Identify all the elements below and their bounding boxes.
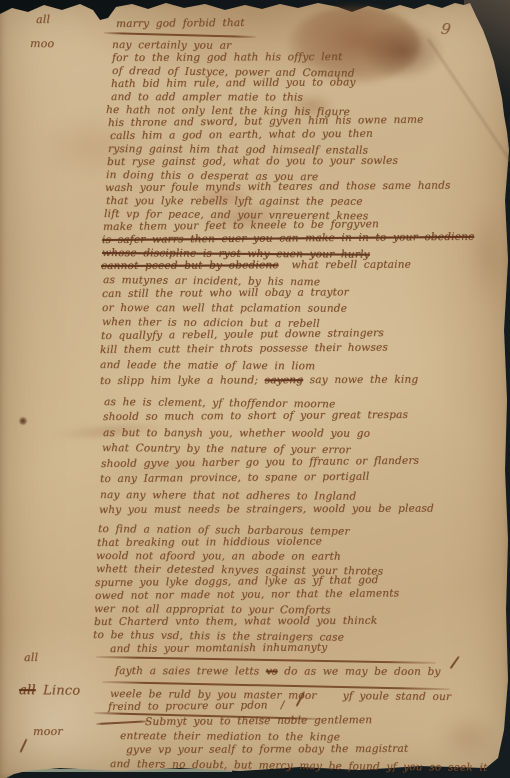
handwritten-text: for to the king god hath his offyc lent <box>112 51 342 64</box>
handwritten-text: to quallyfy a rebell, youle put downe st… <box>101 327 384 342</box>
handwritten-text: and thers no doubt, but mercy may be fou… <box>110 758 488 774</box>
handwritten-text: as he is clement, yf thoffendor moorne <box>104 396 336 410</box>
manuscript-line: entreate their mediation to the kinge <box>120 731 340 743</box>
handwritten-text: fayth a saies trewe letts <box>115 665 266 677</box>
handwritten-text: kill them cutt their throts possesse the… <box>100 341 388 356</box>
handwritten-text: woold not afoord you, an abode on earth <box>96 550 341 563</box>
struck-text: sayeng <box>265 374 304 386</box>
manuscript-line: fayth a saies trewe letts vs do as we ma… <box>115 666 441 677</box>
ink-rule-stroke <box>96 720 148 724</box>
handwritten-text: shoold gyve you harber go you to ffraunc… <box>101 455 419 470</box>
handwritten-text: his throne and sword, but gyven him his … <box>108 114 424 129</box>
manuscript-line: or howe can well that pclamation sounde <box>102 303 347 314</box>
manuscript-line: can still the rout who will obay a trayt… <box>102 287 349 299</box>
handwritten-text: nay any where that not adheres to Inglan… <box>100 489 356 503</box>
handwritten-text: wash your foule mynds with teares and th… <box>105 180 451 194</box>
ink-rule-stroke <box>96 656 436 664</box>
handwritten-text: gyve vp your sealf to forme obay the mag… <box>126 743 408 756</box>
struck-text: all <box>19 683 36 698</box>
manuscript-line: and thers no doubt, but mercy may be fou… <box>110 759 488 773</box>
ink-rule-stroke <box>19 738 27 753</box>
manuscript-line: shoold so much com to short of your grea… <box>103 410 408 423</box>
struck-text: is safer warrs then euer you can make in… <box>102 231 474 246</box>
manuscript-line: gyve vp your sealf to forme obay the mag… <box>126 744 408 756</box>
manuscript-line: wash your foule mynds with teares and th… <box>105 181 451 194</box>
handwritten-text: hath bid him rule, and willd you to obay <box>111 76 356 90</box>
manuscript-line: nay certainly you ar <box>112 40 231 51</box>
handwritten-text: moor <box>33 725 63 738</box>
handwritten-text: why you must needs be straingers, woold … <box>99 503 434 516</box>
handwritten-text: nay certainly you ar <box>112 39 231 52</box>
manuscript-line: but Charterd vnto them, what woold you t… <box>94 616 377 628</box>
handwritten-text: can still the rout who will obay a trayt… <box>102 286 349 300</box>
handwritten-text: make them your feet to kneele to be forg… <box>103 218 379 233</box>
manuscript-line: what Country by the nature of your error <box>102 443 351 456</box>
manuscript-line: and leade the matie of lawe in liom <box>100 360 315 372</box>
manuscript-line: why you must needs be straingers, woold … <box>99 504 434 516</box>
ink-rule-stroke <box>449 655 460 669</box>
manuscript-line: shoold gyve you harber go you to ffraunc… <box>101 456 419 470</box>
handwritten-text: as but to banysh you, whether woold you … <box>103 427 370 440</box>
handwritten-text: but Charterd vnto them, what woold you t… <box>94 615 377 628</box>
handwritten-text: all <box>24 651 38 664</box>
handwritten-text: all <box>36 13 50 26</box>
margin-speech-prefix: all Linco <box>19 684 80 698</box>
ink-rule-stroke <box>104 32 256 38</box>
manuscript-line: make them your feet to kneele to be forg… <box>103 219 379 232</box>
manuscript-line: marry god forbid that <box>116 18 245 30</box>
handwritten-text: calls him a god on earth, what do you th… <box>110 128 373 142</box>
struck-text: vs <box>266 665 278 677</box>
handwritten-text: what rebell captaine <box>278 259 411 272</box>
handwritten-text: freind to procure our pdon / <box>108 699 285 713</box>
handwritten-text: entreate their mediation to the kinge <box>120 730 340 743</box>
handwritten-text: and to add ampler matie to this <box>111 91 303 104</box>
manuscript-line: kill them cutt their throts possesse the… <box>100 342 388 355</box>
manuscript-line: spurne you lyke doggs, and lyke as yf th… <box>95 575 379 588</box>
handwritten-text: what Country by the nature of your error <box>102 442 351 456</box>
handwritten-text: but ryse gainst god, what do you to your… <box>107 155 398 168</box>
handwritten-text: do as we may be doon by <box>278 665 441 677</box>
manuscript-line: owed not nor made not you, nor that the … <box>95 588 399 601</box>
handwritten-text: marry god forbid that <box>116 17 245 30</box>
handwritten-text: to slipp him lyke a hound; <box>100 374 265 387</box>
handwritten-text: or howe can well that pclamation sounde <box>102 302 347 315</box>
manuscript-line: to slipp him lyke a hound; sayeng say no… <box>100 375 418 387</box>
manuscript-line: is safer warrs then euer you can make in… <box>102 232 474 246</box>
manuscript-line: cannot pceed but by obedienc what rebell… <box>101 260 411 272</box>
manuscript-line: hath bid him rule, and willd you to obay <box>111 77 356 89</box>
manuscript-line: freind to procure our pdon / <box>108 700 285 712</box>
handwritten-text: to any Iarman province, to spane or port… <box>100 471 369 485</box>
manuscript-line: that breaking out in hiddious violence <box>97 536 322 548</box>
handwritten-text: and leade the matie of lawe in liom <box>100 359 315 372</box>
handwritten-text: owed not nor made not you, nor that the … <box>95 587 399 602</box>
manuscript-line: to any Iarman province, to spane or port… <box>100 472 369 485</box>
margin-speech-prefix: all <box>24 652 38 663</box>
manuscript-line: and this your momtanish inhumanyty <box>110 642 327 654</box>
manuscript-line: nay any where that not adheres to Inglan… <box>100 490 356 502</box>
manuscript-photo: 9 marry god forbid thatnay certainly you… <box>0 0 510 778</box>
manuscript-line: to quallyfy a rebell, youle put downe st… <box>101 328 384 341</box>
manuscript-line: as but to banysh you, whether woold you … <box>103 428 370 439</box>
manuscript-line: for to the king god hath his offyc lent <box>112 52 342 64</box>
handwritten-text: Linco <box>36 683 81 698</box>
manuscript-line: and to add ampler matie to this <box>111 92 303 103</box>
handwritten-text: and this your momtanish inhumanyty <box>110 641 327 655</box>
handwritten-text: that breaking out in hiddious violence <box>97 535 322 549</box>
manuscript-text-layer: marry god forbid thatnay certainly you a… <box>0 0 510 778</box>
struck-text: cannot pceed but by obedienc <box>101 259 279 272</box>
margin-speech-prefix: moo <box>30 38 54 49</box>
manuscript-line: but ryse gainst god, what do you to your… <box>107 156 398 168</box>
manuscript-line: woold not afoord you, an abode on earth <box>96 551 341 562</box>
manuscript-line: calls him a god on earth, what do you th… <box>110 129 373 142</box>
manuscript-line: as he is clement, yf thoffendor moorne <box>104 397 336 410</box>
handwritten-text: shoold so much com to short of your grea… <box>103 409 408 423</box>
handwritten-text: spurne you lyke doggs, and lyke as yf th… <box>95 574 379 589</box>
handwritten-text: that you lyke rebells lyft against the p… <box>106 195 363 208</box>
manuscript-line: his throne and sword, but gyven him his … <box>108 115 424 129</box>
margin-speech-prefix: all <box>36 14 50 25</box>
margin-speech-prefix: moor <box>33 726 63 737</box>
manuscript-line: that you lyke rebells lyft against the p… <box>106 196 363 207</box>
handwritten-text: moo <box>30 37 54 50</box>
handwritten-text: say nowe the king <box>303 374 418 387</box>
